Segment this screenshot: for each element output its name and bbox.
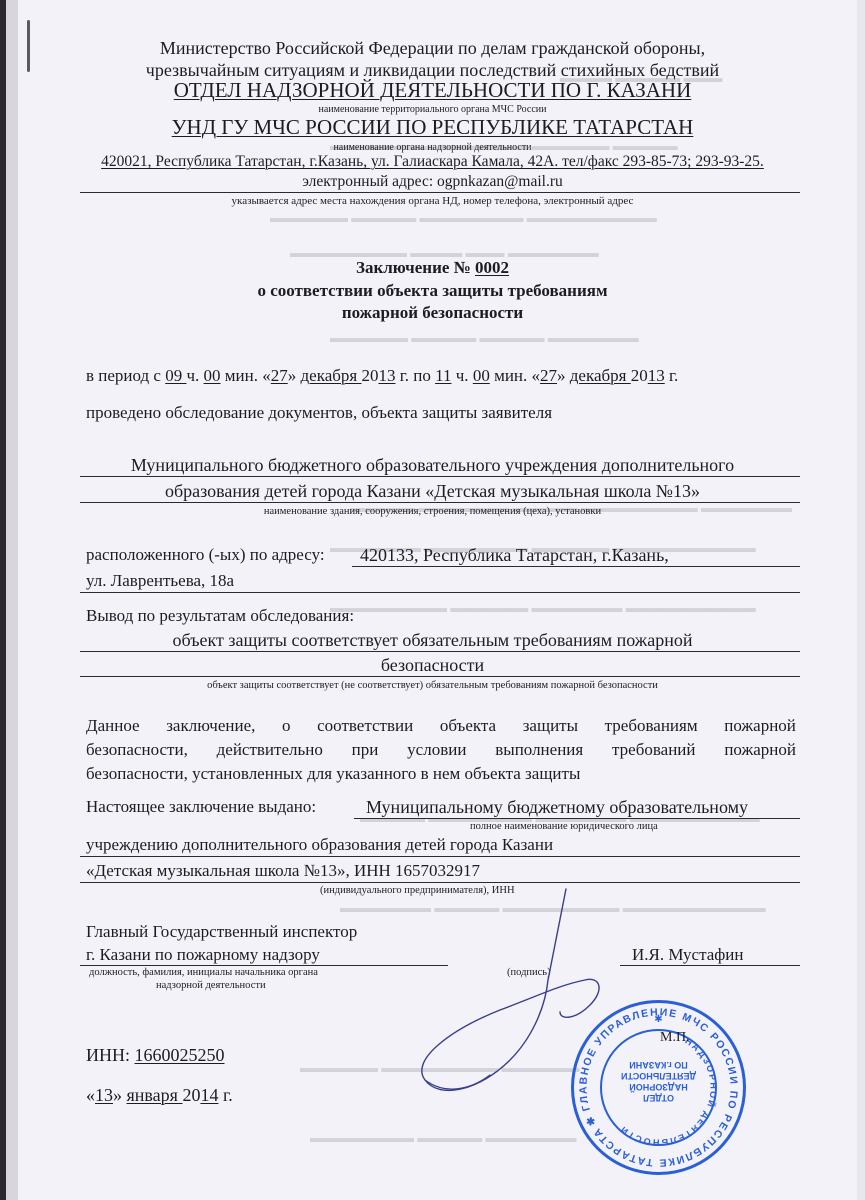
date-text: »	[113, 1085, 127, 1105]
inn-label: ИНН:	[86, 1045, 135, 1065]
date-month: января	[127, 1085, 183, 1105]
issue-date: «13» января 2014 г.	[86, 1085, 233, 1106]
date-year: 14	[200, 1085, 218, 1105]
date-text: «	[86, 1085, 95, 1105]
issuer-inn: ИНН: 1660025250	[86, 1045, 225, 1066]
handwritten-signature-icon	[0, 0, 865, 1200]
date-day: 13	[95, 1085, 113, 1105]
inn-value: 1660025250	[135, 1045, 225, 1065]
date-text: 20	[182, 1085, 200, 1105]
date-text: г.	[218, 1085, 232, 1105]
